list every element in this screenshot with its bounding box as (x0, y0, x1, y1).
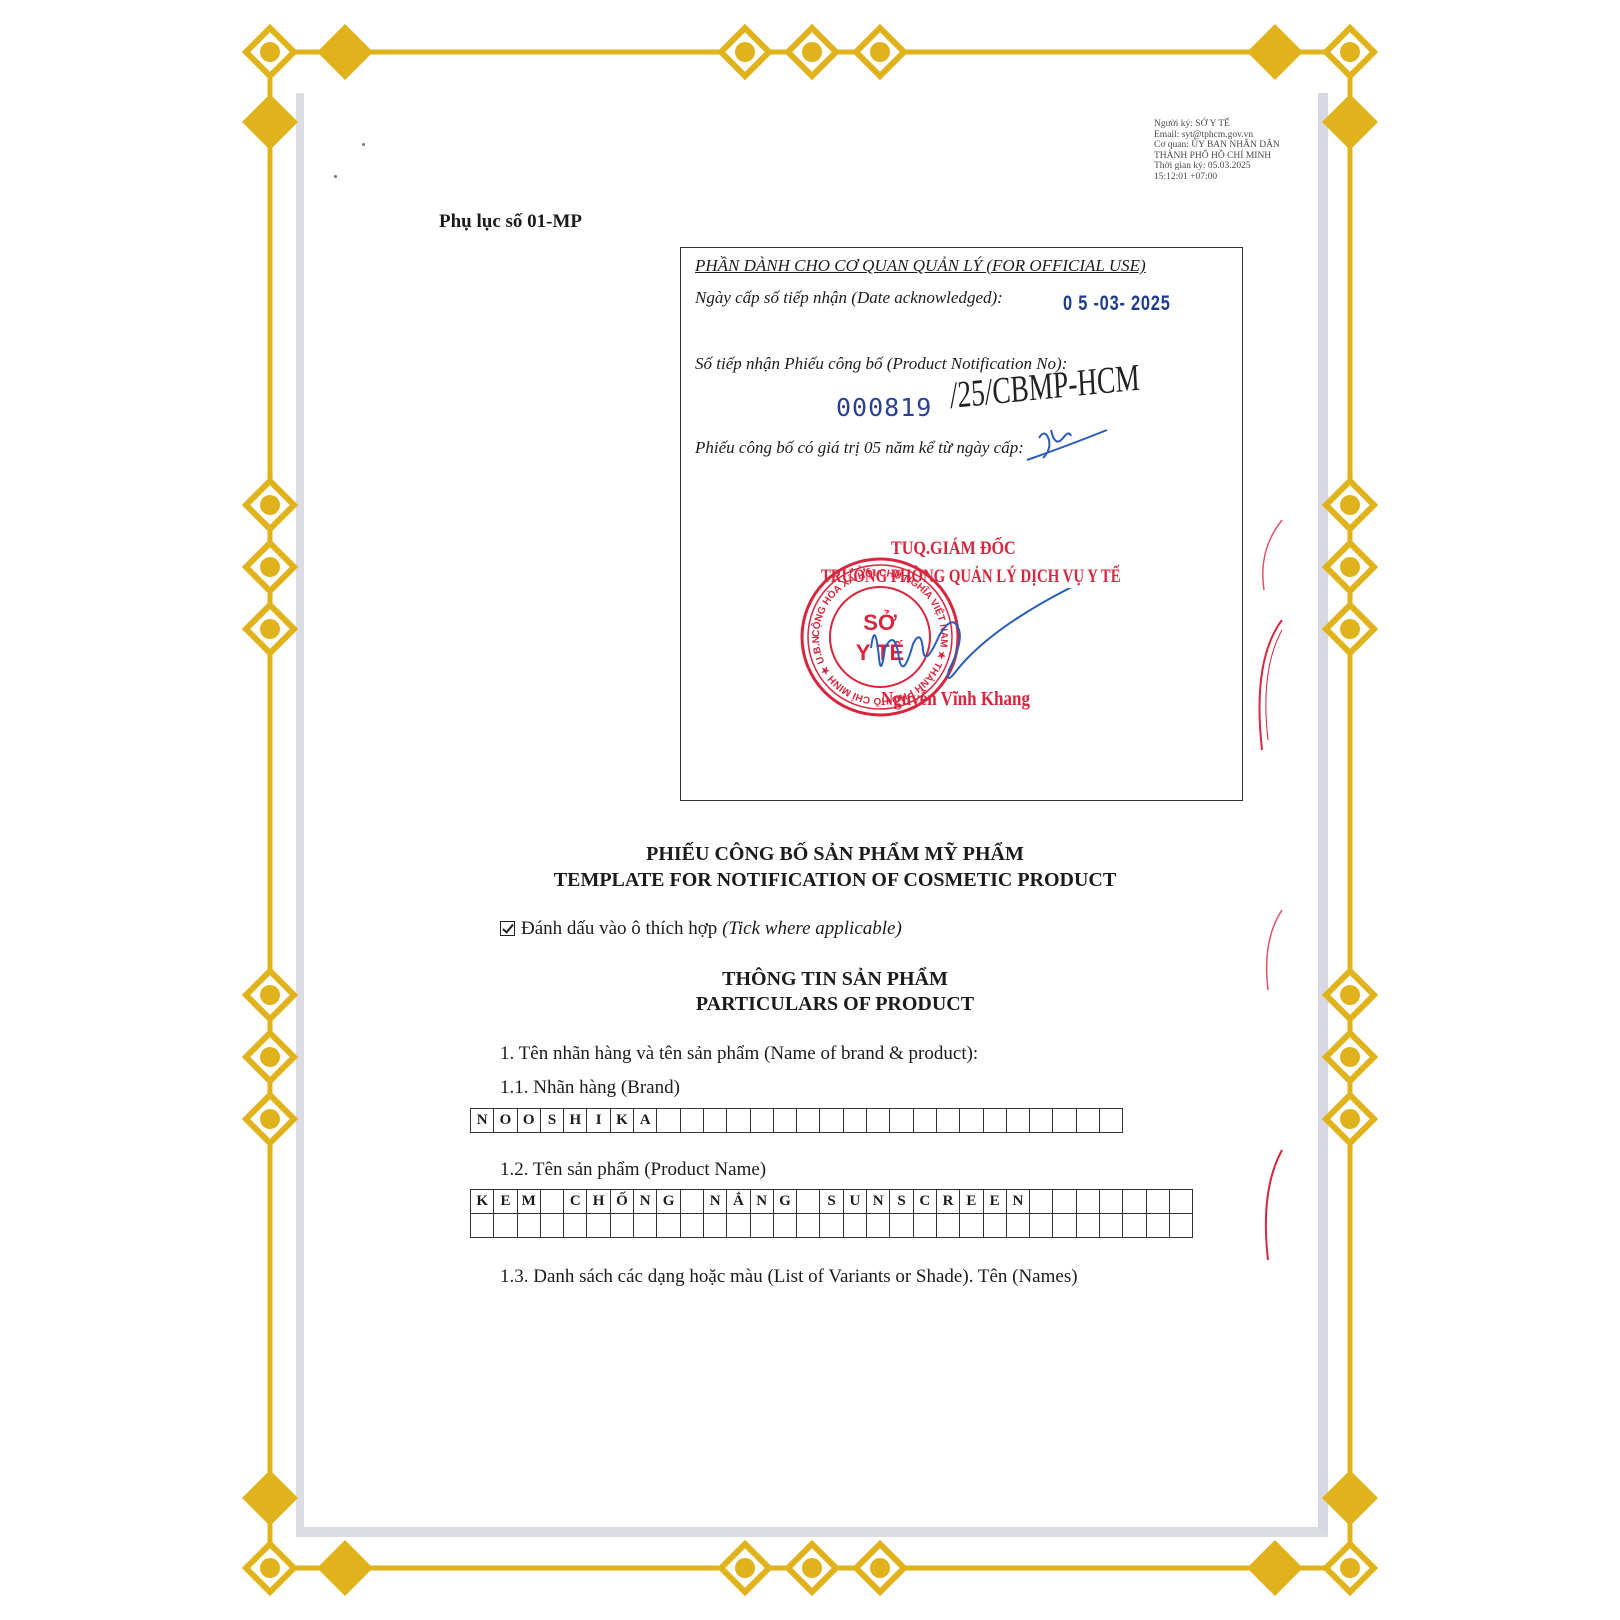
official-use-box: PHẦN DÀNH CHO CƠ QUAN QUẢN LÝ (FOR OFFIC… (680, 247, 1243, 801)
grid-cell: H (587, 1190, 610, 1214)
tick-instruction-en: (Tick where applicable) (722, 918, 902, 939)
grid-cell (797, 1190, 820, 1214)
grid-cell (1053, 1190, 1076, 1214)
grid-cell (1100, 1109, 1123, 1133)
appendix-label: Phụ lục số 01-MP (439, 211, 582, 233)
grid-cell (727, 1214, 750, 1238)
grid-cell (1076, 1109, 1099, 1133)
grid-cell (540, 1190, 563, 1214)
signature-info-line: THÀNH PHỐ HỒ CHÍ MINH (1154, 151, 1324, 162)
grid-cell (517, 1214, 540, 1238)
grid-cell (797, 1109, 820, 1133)
question-1: 1. Tên nhãn hàng và tên sản phẩm (Name o… (500, 1043, 978, 1065)
grid-cell (936, 1109, 959, 1133)
grid-cell (1030, 1109, 1053, 1133)
grid-cell: H (564, 1109, 587, 1133)
grid-cell (1169, 1190, 1192, 1214)
grid-cell (773, 1214, 796, 1238)
grid-cell (1123, 1214, 1146, 1238)
grid-cell (960, 1109, 983, 1133)
grid-cell: G (657, 1190, 680, 1214)
grid-cell: O (494, 1109, 517, 1133)
signature-info-line: Email: syt@tphcm.gov.vn (1154, 130, 1324, 141)
grid-cell (540, 1214, 563, 1238)
grid-cell: N (1006, 1190, 1029, 1214)
grid-cell (727, 1109, 750, 1133)
signature-info-line: Người ký: SỞ Y TẾ (1154, 119, 1324, 130)
grid-cell (890, 1214, 913, 1238)
grid-cell (983, 1214, 1006, 1238)
official-use-title: PHẦN DÀNH CHO CƠ QUAN QUẢN LÝ (FOR OFFIC… (695, 256, 1146, 276)
scan-speck (334, 175, 337, 178)
validity-statement: Phiếu công bố có giá trị 05 năm kể từ ng… (695, 438, 1024, 458)
grid-cell: R (936, 1190, 959, 1214)
document-page: Người ký: SỞ Y TẾ Email: syt@tphcm.gov.v… (296, 93, 1328, 1537)
document-title-en: TEMPLATE FOR NOTIFICATION OF COSMETIC PR… (304, 869, 1336, 892)
grid-cell: M (517, 1190, 540, 1214)
grid-cell: Ắ (727, 1190, 750, 1214)
grid-cell: I (587, 1109, 610, 1133)
grid-cell (1146, 1190, 1169, 1214)
grid-cell (843, 1214, 866, 1238)
tick-instruction: Đánh dấu vào ô thích hợp (Tick where app… (500, 918, 902, 940)
grid-cell (1123, 1190, 1146, 1214)
grid-cell (750, 1109, 773, 1133)
signer-name: Nguyễn Vĩnh Khang (881, 688, 1030, 711)
date-acknowledged-label: Ngày cấp số tiếp nhận (Date acknowledged… (695, 288, 1003, 308)
grid-cell (983, 1109, 1006, 1133)
grid-cell (890, 1109, 913, 1133)
grid-cell (820, 1214, 843, 1238)
grid-cell (867, 1109, 890, 1133)
grid-cell (1146, 1214, 1169, 1238)
scan-speck (362, 143, 365, 146)
grid-cell (494, 1214, 517, 1238)
grid-cell (703, 1214, 726, 1238)
grid-cell: S (540, 1109, 563, 1133)
tick-instruction-vi: Đánh dấu vào ô thích hợp (521, 918, 717, 939)
grid-cell (913, 1109, 936, 1133)
grid-cell: S (890, 1190, 913, 1214)
grid-cell (1053, 1109, 1076, 1133)
signer-title-1: TUQ.GIÁM ĐỐC (891, 538, 1016, 560)
grid-cell: E (960, 1190, 983, 1214)
grid-cell (680, 1190, 703, 1214)
signature-info-line: Cơ quan: ỦY BAN NHÂN DÂN (1154, 140, 1324, 151)
grid-cell: A (634, 1109, 657, 1133)
grid-cell (587, 1214, 610, 1238)
grid-cell (843, 1109, 866, 1133)
signature-and-seal: CỘNG HÒA XÃ HỘI CHỦ NGHĨA VIỆT NAM ★ THÀ… (791, 538, 1231, 738)
grid-cell (913, 1214, 936, 1238)
grid-cell: C (913, 1190, 936, 1214)
grid-cell (1100, 1214, 1123, 1238)
question-1-3-variants: 1.3. Danh sách các dạng hoặc màu (List o… (500, 1266, 1078, 1288)
document-title-vi: PHIẾU CÔNG BỐ SẢN PHẨM MỸ PHẨM (304, 843, 1336, 866)
grid-cell: N (703, 1190, 726, 1214)
grid-cell: N (471, 1109, 494, 1133)
grid-cell: E (983, 1190, 1006, 1214)
grid-cell (1030, 1214, 1053, 1238)
grid-cell (703, 1109, 726, 1133)
grid-cell (797, 1214, 820, 1238)
grid-cell: O (517, 1109, 540, 1133)
grid-cell: N (750, 1190, 773, 1214)
handwritten-signature-icon (861, 588, 1121, 698)
grid-cell (1169, 1214, 1192, 1238)
grid-cell: E (494, 1190, 517, 1214)
digital-signature-info: Người ký: SỞ Y TẾ Email: syt@tphcm.gov.v… (1154, 119, 1324, 182)
product-name-letter-grid: KEMCHỐNGNẮNGSUNSCREEN (470, 1189, 1193, 1238)
grid-cell: C (564, 1190, 587, 1214)
grid-cell: N (634, 1190, 657, 1214)
grid-cell (1006, 1109, 1029, 1133)
grid-cell (750, 1214, 773, 1238)
grid-cell (680, 1214, 703, 1238)
grid-cell: S (820, 1190, 843, 1214)
signer-title-2: TRƯỞNG PHÒNG QUẢN LÝ DỊCH VỤ Y TẾ (821, 566, 1121, 588)
grid-cell: G (773, 1190, 796, 1214)
grid-cell (610, 1214, 633, 1238)
checked-box-icon (500, 921, 515, 936)
grid-cell: Ố (610, 1190, 633, 1214)
edge-seal-fragment-icon (1258, 520, 1284, 790)
notification-number-stamp: 000819 (836, 393, 932, 422)
signature-info-line: Thời gian ký: 05.03.2025 (1154, 161, 1324, 172)
grid-cell (1076, 1190, 1099, 1214)
grid-cell: U (843, 1190, 866, 1214)
grid-cell (773, 1109, 796, 1133)
brand-letter-grid: NOOSHIKA (470, 1108, 1123, 1133)
grid-cell (657, 1109, 680, 1133)
grid-cell (471, 1214, 494, 1238)
grid-cell (564, 1214, 587, 1238)
grid-cell (960, 1214, 983, 1238)
grid-cell: K (471, 1190, 494, 1214)
grid-cell: K (610, 1109, 633, 1133)
grid-cell: N (867, 1190, 890, 1214)
grid-cell (936, 1214, 959, 1238)
grid-cell (1053, 1214, 1076, 1238)
grid-cell (1030, 1190, 1053, 1214)
grid-cell (680, 1109, 703, 1133)
grid-cell (1006, 1214, 1029, 1238)
grid-row: NOOSHIKA (471, 1109, 1123, 1133)
signature-info-line: 15:12:01 +07:00 (1154, 172, 1324, 183)
grid-row (471, 1214, 1193, 1238)
question-1-2-product-name: 1.2. Tên sản phẩm (Product Name) (500, 1159, 766, 1181)
grid-cell (634, 1214, 657, 1238)
section-title-en: PARTICULARS OF PRODUCT (304, 993, 1336, 1016)
grid-cell (657, 1214, 680, 1238)
grid-cell (1076, 1214, 1099, 1238)
grid-cell (867, 1214, 890, 1238)
grid-cell (1100, 1190, 1123, 1214)
question-1-1-brand: 1.1. Nhãn hàng (Brand) (500, 1077, 680, 1099)
grid-cell (820, 1109, 843, 1133)
edge-seal-fragment-icon (1258, 910, 1284, 1260)
section-title-vi: THÔNG TIN SẢN PHẨM (304, 968, 1336, 991)
grid-row: KEMCHỐNGNẮNGSUNSCREEN (471, 1190, 1193, 1214)
initials-scribble-icon (1021, 420, 1111, 470)
date-acknowledged-stamp: 0 5 -03- 2025 (1063, 292, 1171, 316)
